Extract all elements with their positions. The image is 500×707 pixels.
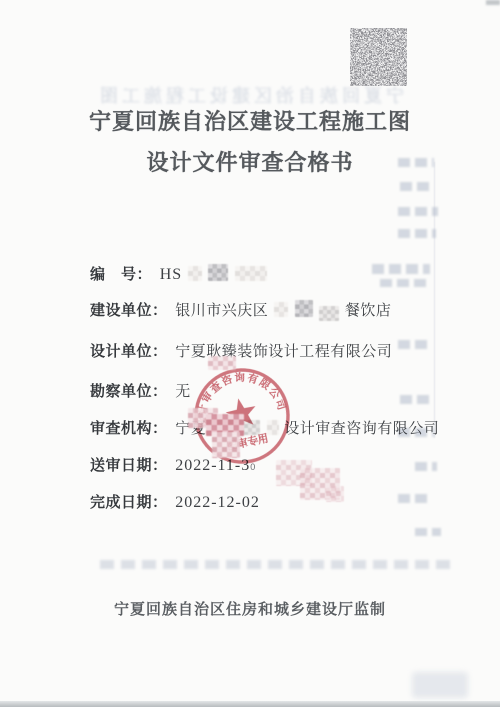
field-row-design-unit: 设计单位： 宁夏耿臻装饰设计工程有限公司 (90, 340, 392, 361)
scan-smudge (412, 672, 468, 698)
scanned-document-page: 宁夏回族自治区建设工程施工图 (0, 0, 500, 707)
field-value-construction-unit-suffix: 餐饮店 (345, 302, 392, 319)
bleedthrough-fragment (398, 229, 436, 238)
redaction-block (208, 264, 228, 281)
redaction-block-pink (326, 486, 344, 502)
field-label-completion-date: 完成日期： (90, 494, 168, 511)
bleedthrough-fragment (398, 207, 438, 216)
document-title-line1: 宁夏回族自治区建设工程施工图 (0, 105, 500, 136)
bleedthrough-fragment (398, 494, 432, 503)
document-title-line2: 设计文件审查合格书 (0, 146, 500, 177)
bleedthrough-fragment (380, 279, 428, 287)
redaction-block (274, 302, 288, 317)
qr-code (350, 28, 407, 86)
bleedthrough-fragment (400, 182, 430, 191)
bleedthrough-fragment (372, 264, 430, 274)
field-value-construction-unit-prefix: 银川市兴庆区 (175, 302, 268, 319)
redaction-block (235, 266, 267, 281)
field-row-survey-unit: 勘察单位： 无 (90, 380, 191, 401)
bleedthrough-line (100, 560, 450, 569)
bleedthrough-fragment (400, 395, 434, 404)
field-label-survey-unit: 勘察单位： (90, 383, 168, 400)
field-label-construction-unit: 建设单位： (90, 302, 168, 319)
redaction-block (188, 266, 202, 281)
redaction-block (295, 300, 313, 317)
field-value-completion-date: 2022-12-02 (175, 494, 260, 511)
footer-issuer: 宁夏回族自治区住房和城乡建设厅监制 (0, 598, 500, 619)
bleedthrough-fragment (398, 340, 428, 349)
field-label-submission-date: 送审日期： (90, 457, 168, 474)
bleedthrough-fragment (415, 528, 441, 536)
field-label-design-unit: 设计单位： (90, 343, 168, 360)
field-row-number: 编 号： HS (90, 263, 268, 284)
field-value-number: HS (160, 266, 182, 283)
qr-noise-graphic (350, 28, 407, 86)
field-row-construction-unit: 建设单位： 银川市兴庆区 餐饮店 (90, 299, 391, 321)
scan-edge-bottom (0, 701, 500, 707)
field-label-number: 编 号： (90, 266, 152, 283)
bleedthrough-table-line (434, 162, 435, 438)
redaction-block (319, 306, 339, 321)
field-value-review-agency-suffix: 设计审查咨询有限公司 (284, 420, 439, 437)
redaction-block-pink (208, 356, 236, 370)
bleedthrough-fragment (415, 462, 437, 471)
field-label-review-agency: 审查机构： (90, 420, 168, 437)
field-row-completion-date: 完成日期： 2022-12-02 (90, 491, 260, 512)
scan-edge-corner (486, 0, 500, 5)
redaction-block-pink (212, 432, 240, 458)
